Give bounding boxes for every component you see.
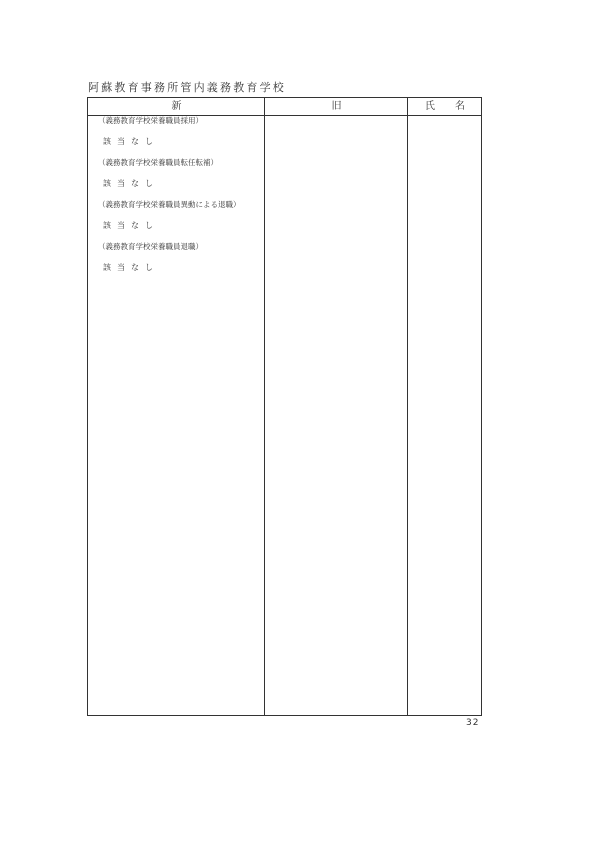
header-new: 新 xyxy=(88,98,265,115)
section-heading: （義務教育学校栄養職員異動による退職） xyxy=(98,199,241,210)
column-divider xyxy=(407,98,408,715)
section-heading: （義務教育学校栄養職員採用） xyxy=(98,115,203,126)
personnel-table: 新 旧 氏 名 （義務教育学校栄養職員採用） 該当なし （義務教育学校栄養職員転… xyxy=(87,97,482,716)
header-name: 氏 名 xyxy=(408,98,482,115)
header-old: 旧 xyxy=(265,98,408,115)
section-value: 該当なし xyxy=(103,262,159,273)
page-number: 32 xyxy=(466,718,479,728)
section-value: 該当なし xyxy=(103,220,159,231)
document-title: 阿蘇教育事務所管内義務教育学校 xyxy=(88,79,286,95)
section-heading: （義務教育学校栄養職員転任転補） xyxy=(98,157,218,168)
section-value: 該当なし xyxy=(103,178,159,189)
section-heading: （義務教育学校栄養職員退職） xyxy=(98,241,203,252)
column-divider xyxy=(264,98,265,715)
table-header-row: 新 旧 氏 名 xyxy=(88,98,481,116)
section-value: 該当なし xyxy=(103,136,159,147)
